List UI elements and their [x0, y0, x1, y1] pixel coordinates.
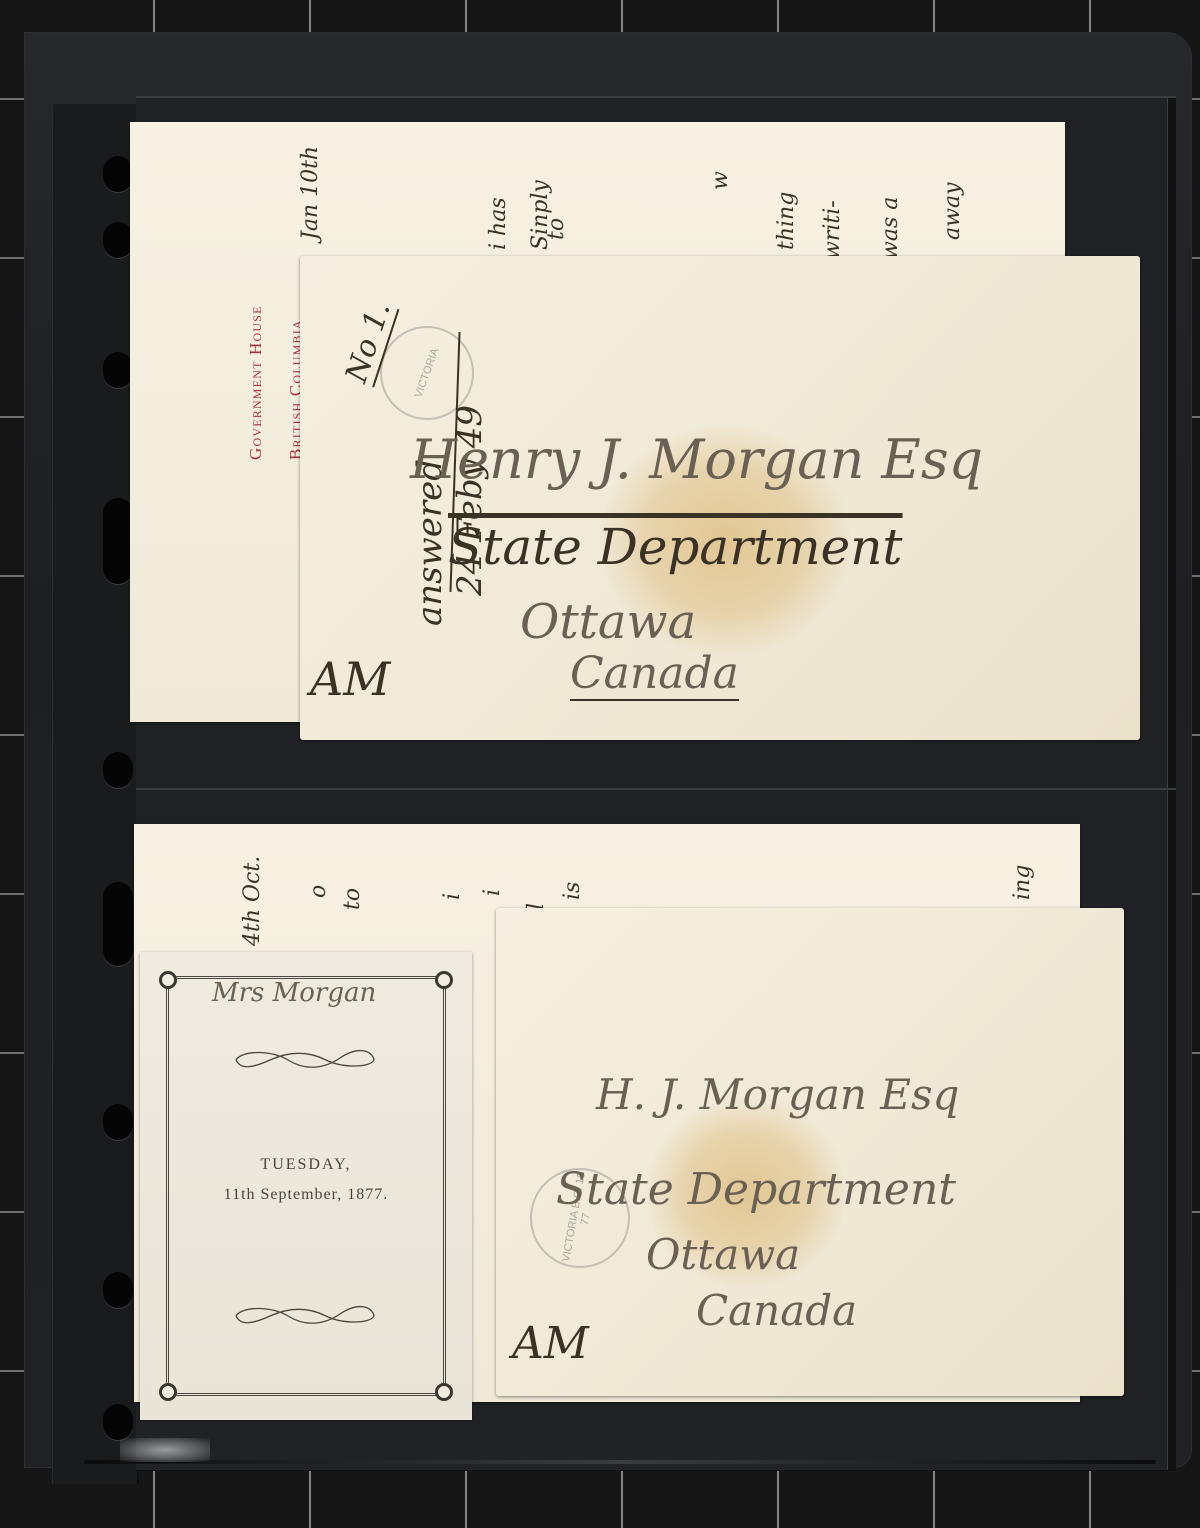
card-guest-name: Mrs Morgan [212, 978, 376, 1008]
letter-fragment: i [480, 866, 505, 896]
punch-hole [103, 1272, 133, 1308]
letter-fragment: to [340, 850, 365, 910]
letter-fragment: writi- [820, 150, 845, 260]
letter-fragment: away [940, 130, 965, 240]
corner-ornament [159, 971, 177, 989]
letter-fragment: i has [486, 140, 511, 250]
address-line-1: State Department [448, 518, 903, 576]
corner-ornament [435, 1383, 453, 1401]
flourish-bottom [232, 1304, 378, 1326]
punch-hole [103, 752, 133, 788]
letter-fragment: Jan 10th [298, 120, 323, 240]
address-line-3: Canada [570, 648, 739, 701]
envelope-henry-morgan: VICTORIA No 1. answered 24 Feby 49 Henry… [300, 256, 1140, 740]
address-line-1: State Department [556, 1164, 956, 1215]
letter-fragment: thing [774, 160, 799, 250]
envelope-h-j-morgan: VICTORIA B.C. 19 77 H. J. Morgan Esq Sta… [496, 908, 1124, 1396]
corner-ornament [159, 1383, 177, 1401]
address-line-2: Ottawa [646, 1230, 800, 1279]
letter-fragment: o [306, 868, 331, 898]
letter-fragment: was a [878, 150, 903, 260]
card-date: 11th September, 1877. [140, 1186, 472, 1204]
letter-fragment: i [440, 870, 465, 900]
punch-hole [103, 498, 133, 584]
flourish-top [232, 1048, 378, 1070]
punch-hole [103, 156, 133, 192]
punch-hole [103, 352, 133, 388]
address-line-2: Ottawa [520, 594, 696, 650]
address-line-3: Canada [696, 1286, 857, 1335]
invitation-card: Mrs Morgan TUESDAY, 11th September, 1877… [140, 952, 472, 1420]
punch-hole [103, 1404, 133, 1440]
addressee: H. J. Morgan Esq [596, 1070, 959, 1119]
letter-fragment: ing [1010, 840, 1035, 900]
addressee: Henry J. Morgan Esq [410, 428, 983, 491]
punch-hole [103, 1104, 133, 1140]
light-glare [120, 1438, 210, 1462]
card-day: TUESDAY, [140, 1156, 472, 1174]
letter-fragment: w [708, 150, 733, 190]
letter-fragment: to [544, 180, 569, 240]
letter-date: 4th Oct. [240, 836, 265, 946]
binding-strip [52, 104, 139, 1484]
punch-hole [103, 222, 133, 258]
corner-ornament [435, 971, 453, 989]
punch-hole [103, 882, 133, 966]
letterhead-line-1: Government House [246, 305, 265, 460]
sheet-rail [84, 1460, 1156, 1464]
letter-fragment: l [524, 880, 549, 910]
sender-initials: AM [512, 1318, 589, 1369]
sender-initials: AM [310, 652, 390, 706]
letter-fragment: is [560, 860, 585, 900]
